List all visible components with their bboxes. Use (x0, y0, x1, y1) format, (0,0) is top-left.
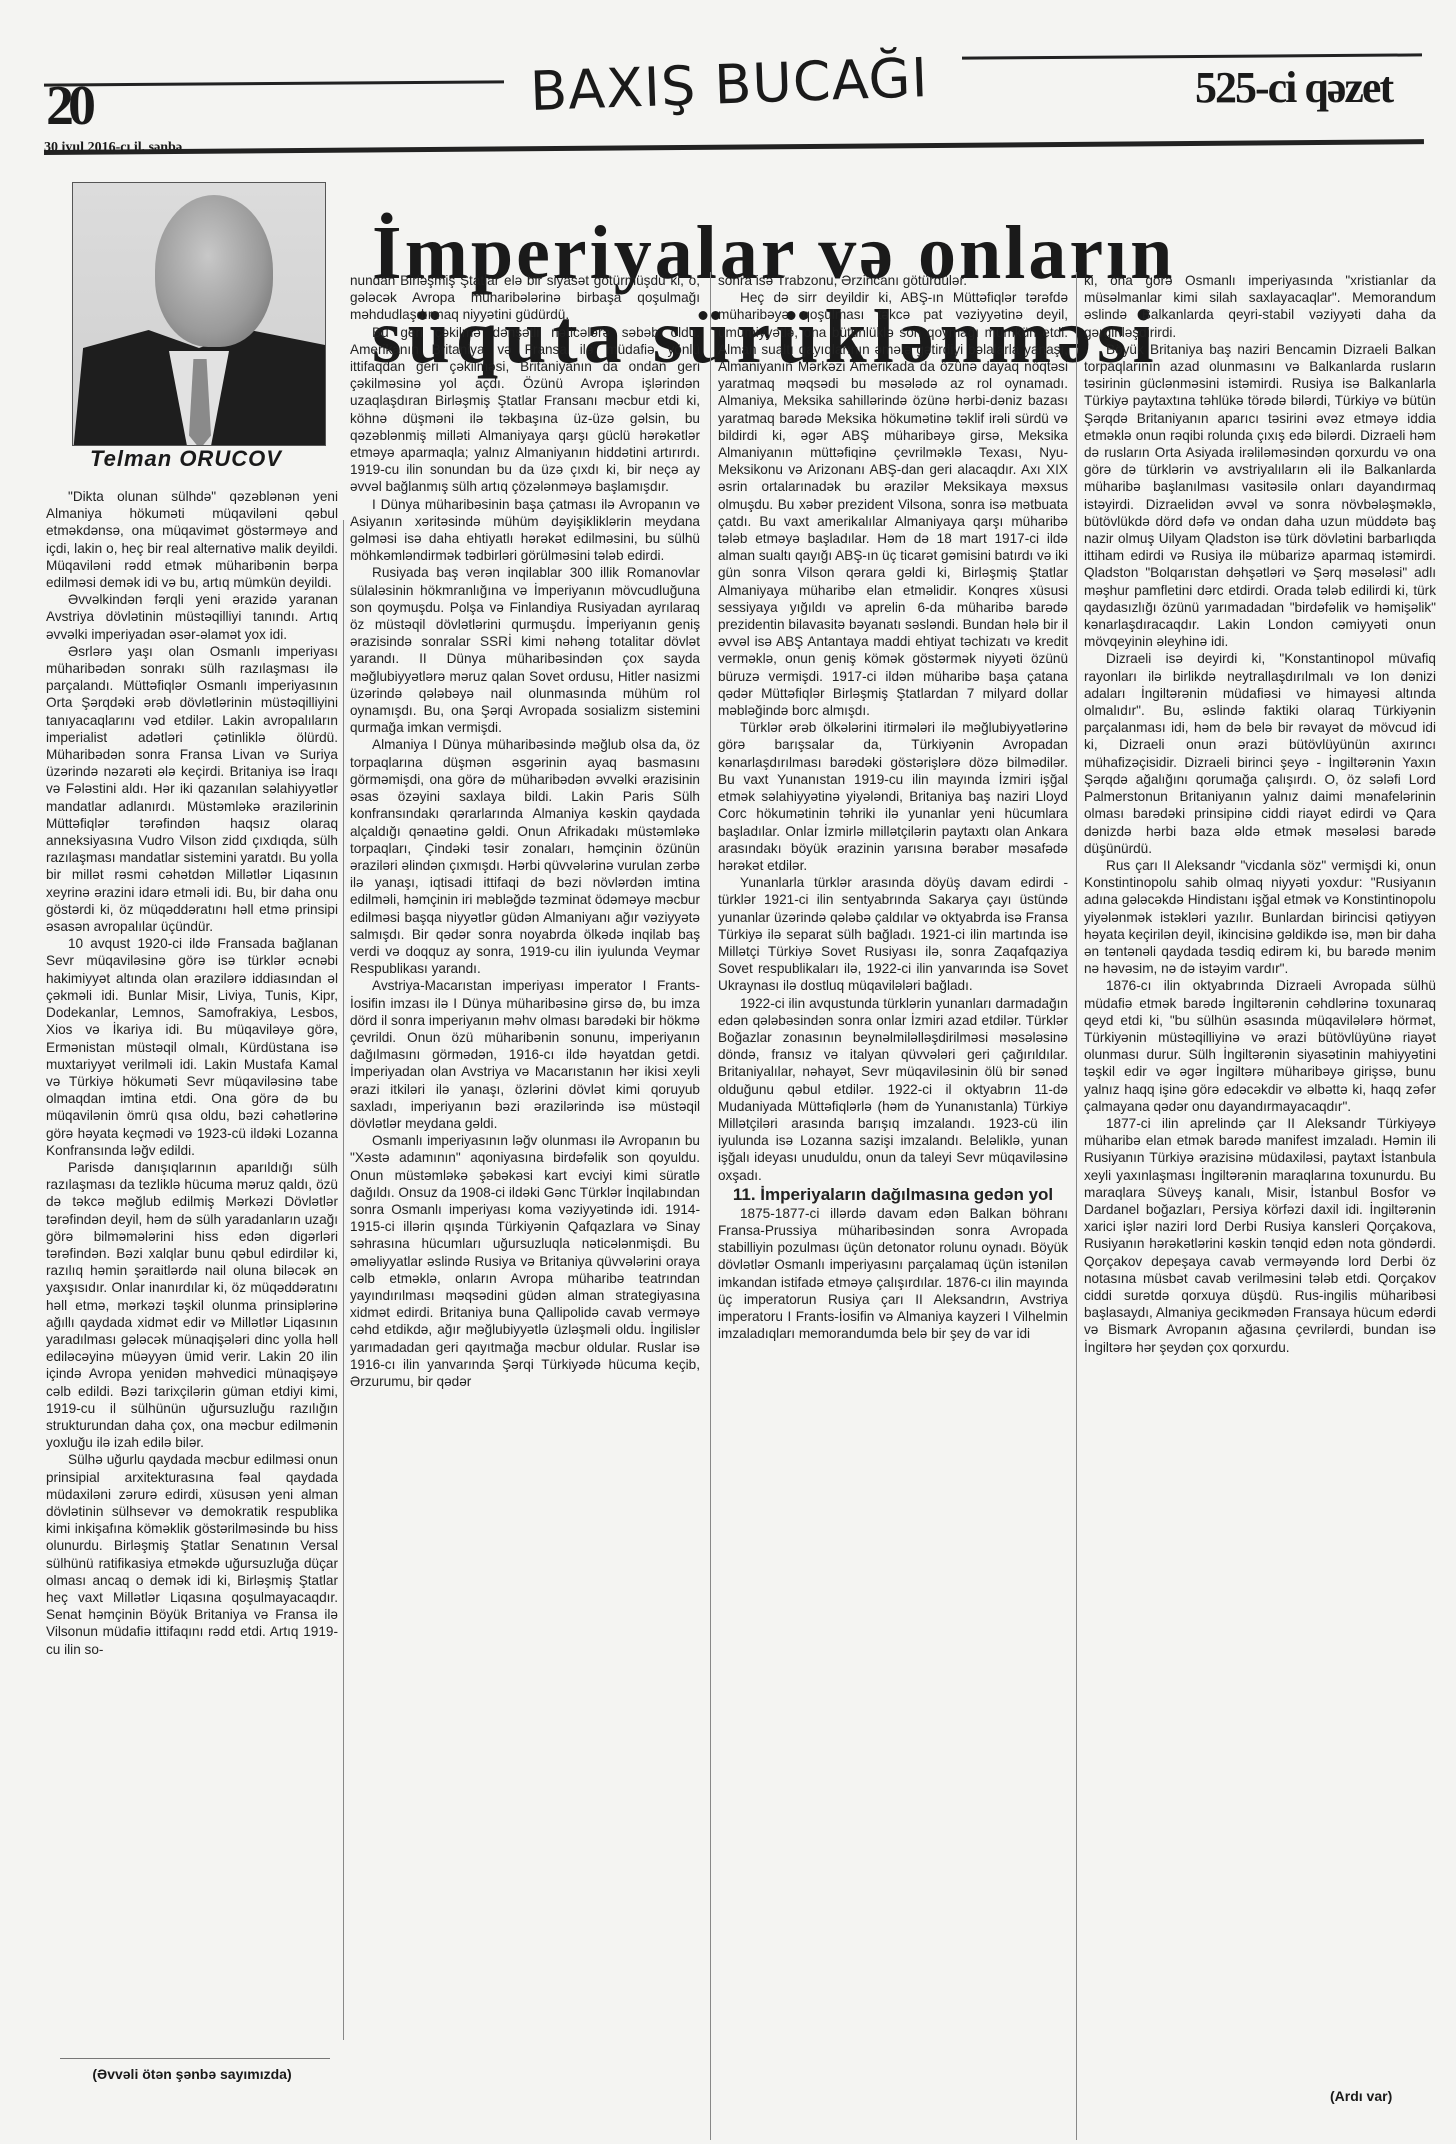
article-column-1: "Dikta olunan sülhdə" qəzəblənən yeni Al… (46, 488, 338, 2026)
paragraph: Avstriya-Macarıstan imperiyası imperator… (350, 977, 700, 1132)
paragraph: I Dünya müharibəsinin başa çatması ilə A… (350, 496, 700, 565)
paragraph: Rusiyada baş verən inqilablar 300 illik … (350, 564, 700, 736)
column-divider (343, 520, 344, 2040)
paragraph: Böyük Britaniya baş naziri Bencamin Dizr… (1084, 341, 1436, 651)
paragraph: Rus çarı II Aleksandr "vicdanla söz" ver… (1084, 857, 1436, 977)
header-rule-right (962, 53, 1422, 59)
paragraph: sonra isə Trabzonu, Ərzincanı götürdülər… (718, 272, 1068, 289)
paragraph: Sülhə uğurlu qaydada məcbur edilməsi onu… (46, 1451, 338, 1657)
paragraph: 10 avqust 1920-ci ildə Fransada bağlanan… (46, 935, 338, 1159)
paragraph: Əvvəlkindən fərqli yeni ərazidə yaranan … (46, 591, 338, 643)
page-number: 20 (46, 78, 90, 134)
paragraph: Almaniya I Dünya müharibəsində məğlub ol… (350, 736, 700, 977)
paragraph: Osmanlı imperiyasının ləğv olunması ilə … (350, 1132, 700, 1390)
column-divider (1076, 272, 1077, 2140)
previous-issue-note: (Əvvəli ötən şənbə sayımızda) (46, 2066, 338, 2082)
previous-issue-rule (60, 2058, 330, 2059)
article-column-4: ki, ona görə Osmanlı imperiyasında "xris… (1084, 272, 1436, 2082)
section-subheading: 11. İmperiyaların dağılmasına gedən yol (718, 1184, 1068, 1205)
author-name: Telman ORUCOV (90, 446, 282, 472)
newspaper-page: 20 BAXIŞ BUCAĞI 525-ci qəzet 30 iyul 201… (0, 0, 1456, 2144)
continued-note: (Ardı var) (1330, 2088, 1392, 2104)
header-rule-left (44, 80, 504, 86)
paragraph: Türklər ərəb ölkələrini itirmələri ilə m… (718, 719, 1068, 874)
paragraph: Əsrlərə yaşı olan Osmanlı imperiyası müh… (46, 643, 338, 935)
paragraph: ki, ona görə Osmanlı imperiyasında "xris… (1084, 272, 1436, 341)
photo-head (155, 195, 273, 347)
author-photo (72, 182, 326, 446)
paragraph: Yunanlarla türklər arasında döyüş davam … (718, 874, 1068, 994)
paragraph: Bu geri çəkilmə dəhşətli nəticələrə səbə… (350, 324, 700, 496)
newspaper-name: 525-ci qəzet (1195, 66, 1392, 110)
article-column-2: nundan Birləşmiş Ştatlar elə bir siyasət… (350, 272, 700, 2140)
paragraph: 1877-ci ilin aprelində çar II Aleksandr … (1084, 1115, 1436, 1356)
paragraph: "Dikta olunan sülhdə" qəzəblənən yeni Al… (46, 488, 338, 591)
paragraph: Heç də sirr deyildir ki, ABŞ-ın Müttəfiq… (718, 289, 1068, 719)
paragraph: Parisdə danışıqlarının aparıldığı sülh r… (46, 1159, 338, 1451)
paragraph: 1875-1877-ci illərdə davam edən Balkan b… (718, 1205, 1068, 1343)
article-column-3: sonra isə Trabzonu, Ərzincanı götürdülər… (718, 272, 1068, 2140)
paragraph: 1922-ci ilin avqustunda türklərin yunanl… (718, 995, 1068, 1184)
section-rubric: BAXIŞ BUCAĞI (529, 51, 929, 119)
column-divider (710, 272, 711, 2140)
paragraph: nundan Birləşmiş Ştatlar elə bir siyasət… (350, 272, 700, 324)
paragraph: 1876-cı ilin oktyabrında Dizraeli Avropa… (1084, 977, 1436, 1115)
header-rule-main (44, 139, 1424, 155)
paragraph: Dizraeli isə deyirdi ki, "Konstantinopol… (1084, 650, 1436, 856)
